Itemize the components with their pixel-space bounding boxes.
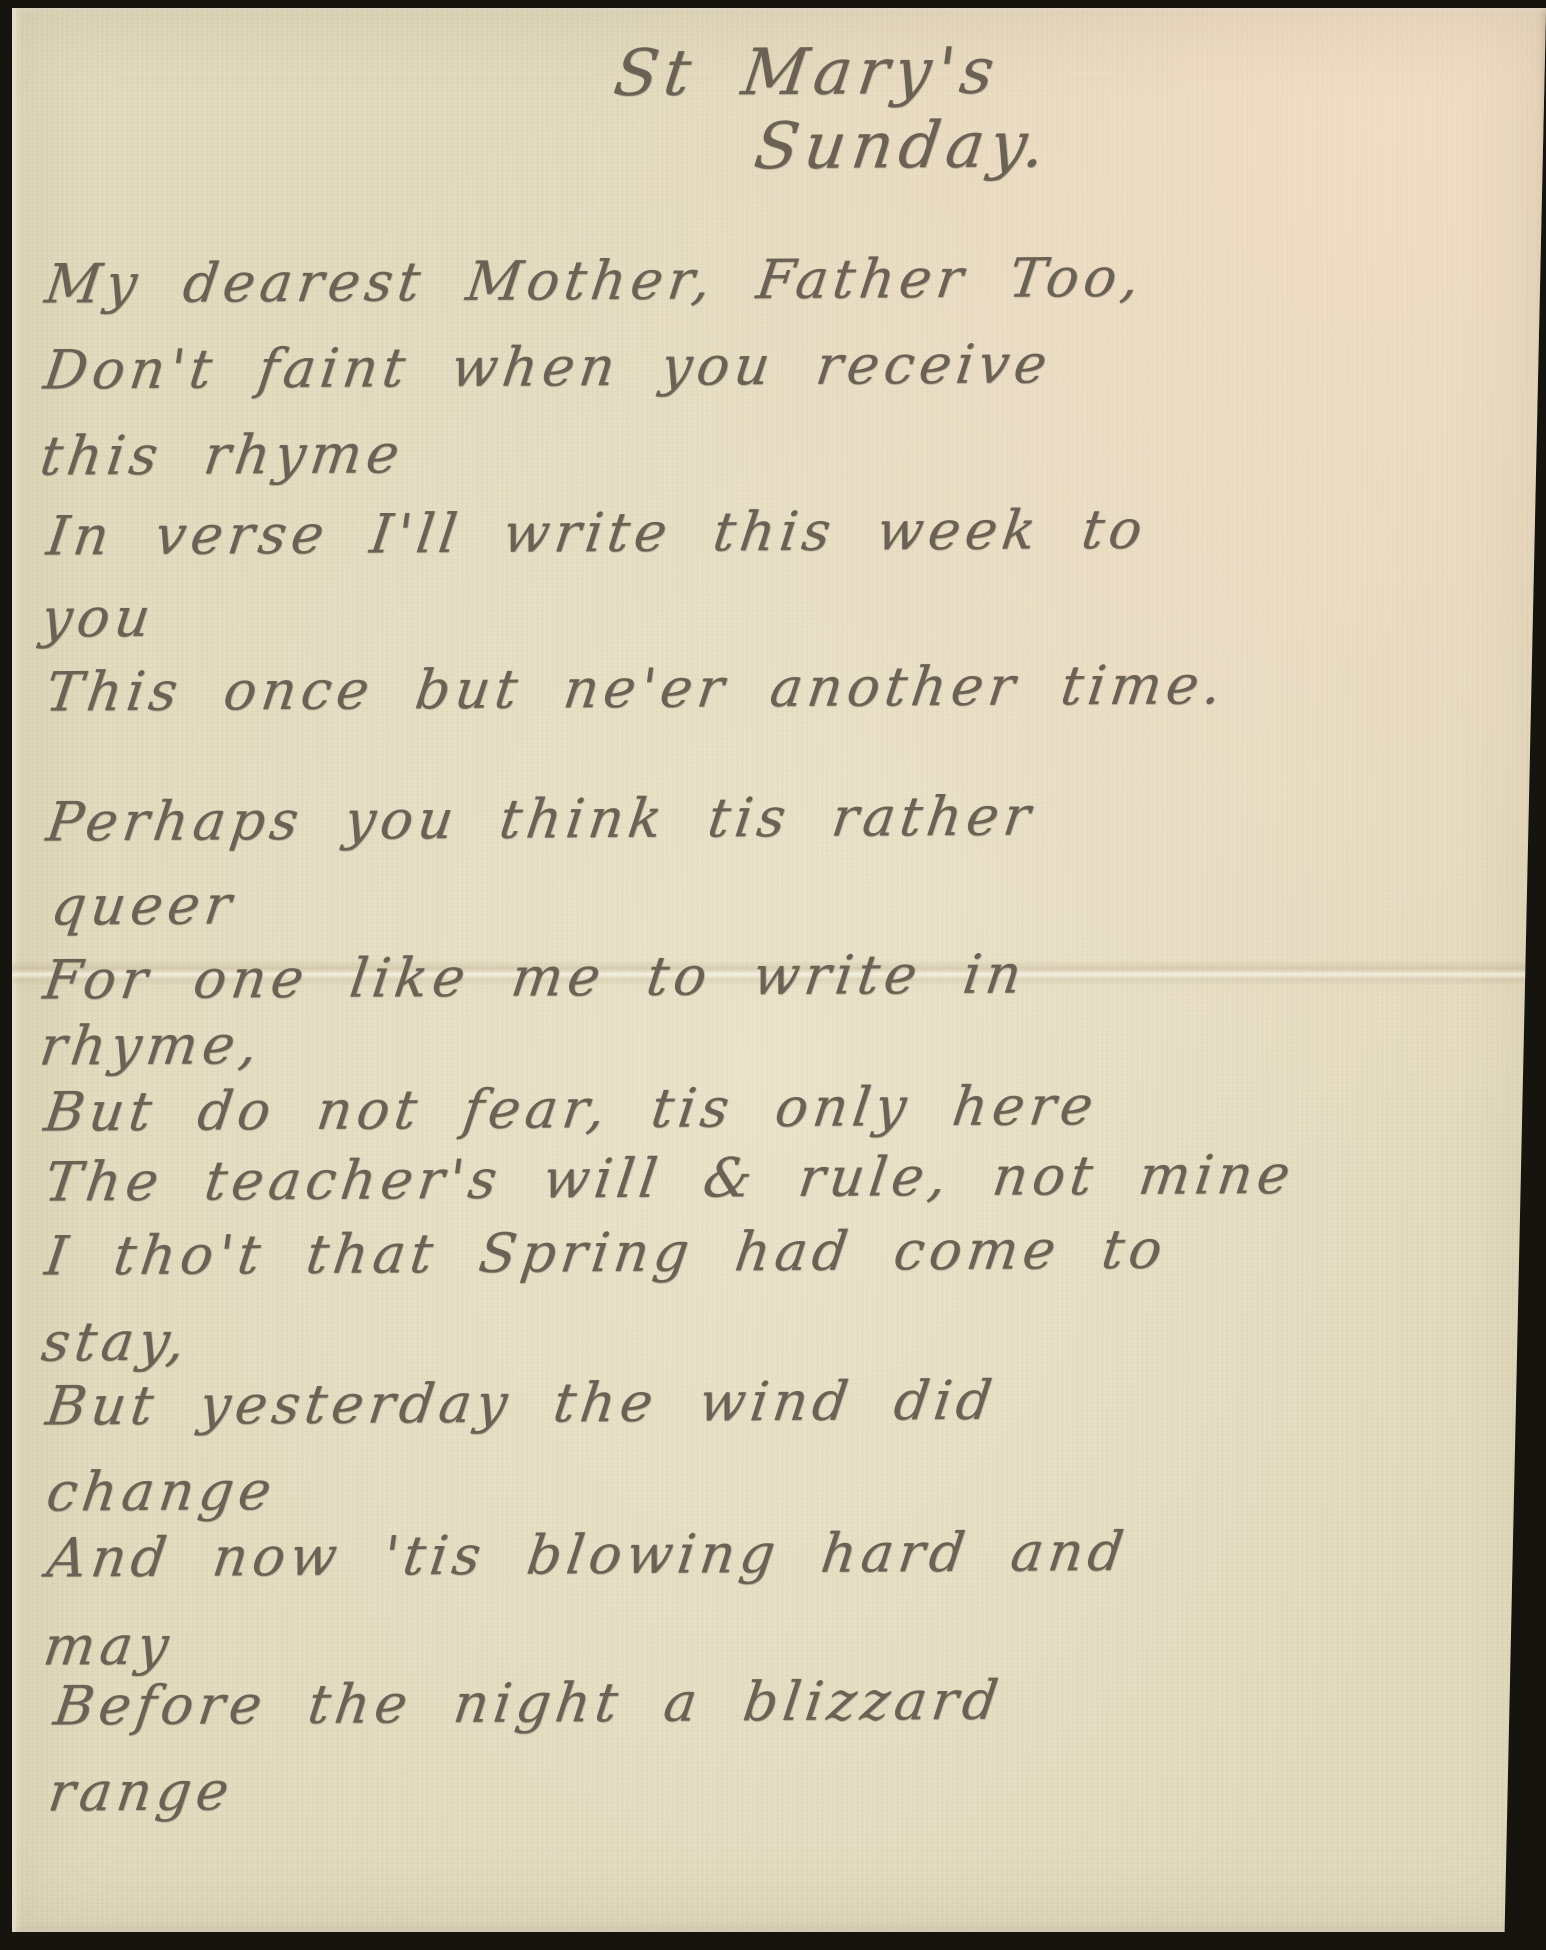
letter-line: My dearest Mother, Father Too, <box>42 246 1148 316</box>
letter-line: stay, <box>38 1310 194 1374</box>
letter-line: this rhyme <box>37 422 408 487</box>
letter-line: But yesterday the wind did <box>42 1369 1000 1438</box>
letter-line: may <box>40 1614 177 1678</box>
letter-line: But do not fear, tis only here <box>41 1074 1102 1143</box>
letter-line: I tho't that Spring had come to <box>41 1218 1170 1288</box>
handwriting-layer: St Mary's Sunday. My dearest Mother, Fat… <box>6 3 1546 1936</box>
letter-line: And now 'tis blowing hard and <box>43 1520 1132 1590</box>
heading-day: Sunday. <box>750 108 1055 184</box>
letter-line: For one like me to write in <box>40 942 1030 1011</box>
letter-line: Don't faint when you receive <box>40 332 1055 401</box>
letter-line: The teacher's will & rule, not mine <box>41 1143 1299 1214</box>
letter-line: queer <box>47 873 240 937</box>
letter-line: change <box>43 1459 280 1523</box>
scanned-letter: St Mary's Sunday. My dearest Mother, Fat… <box>0 0 1546 1950</box>
letter-line: In verse I'll write this week to <box>43 498 1151 568</box>
letter-line: Perhaps you think tis rather <box>43 784 1039 853</box>
letter-line: Before the night a blizzard <box>50 1669 1006 1738</box>
letter-line: range <box>45 1759 238 1823</box>
heading-place: St Mary's <box>610 35 1005 111</box>
letter-line: rhyme, <box>36 1013 266 1077</box>
letter-line: This once but ne'er another time. <box>42 653 1230 723</box>
letter-paper: St Mary's Sunday. My dearest Mother, Fat… <box>12 8 1546 1932</box>
letter-line: you <box>38 586 159 650</box>
